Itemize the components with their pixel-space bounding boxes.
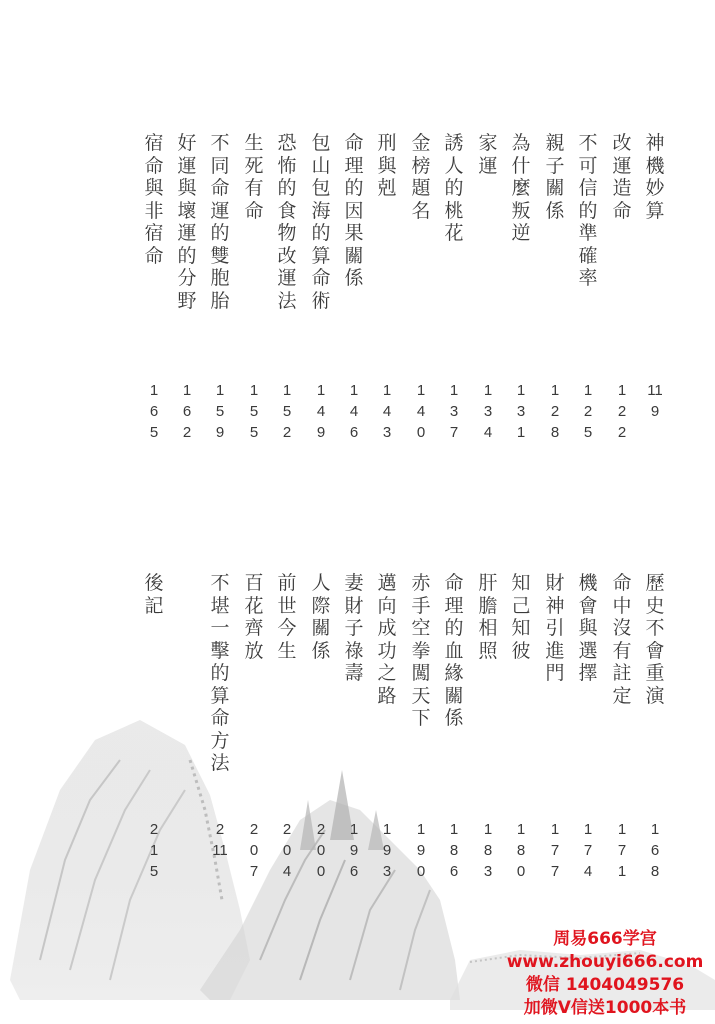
toc-entry-title[interactable]: 知己知彼 [510, 572, 532, 662]
toc-page-number: 143 [379, 380, 395, 443]
toc-page-number: 165 [146, 380, 162, 443]
toc-entry-title[interactable]: 肝膽相照 [477, 572, 499, 662]
watermark-url: www.zhouyi666.com [505, 951, 705, 974]
toc-entry-title[interactable]: 神機妙算 [644, 132, 666, 222]
toc-entry-title[interactable]: 財神引進門 [544, 572, 566, 685]
toc-entry-title[interactable]: 命理的血緣關係 [443, 572, 465, 730]
toc-page-number: 196 [346, 819, 362, 882]
toc-entry-title[interactable]: 家運 [477, 132, 499, 177]
toc-entry-title[interactable]: 邁向成功之路 [376, 572, 398, 707]
toc-page-number: 180 [513, 819, 529, 882]
toc-entry-title[interactable]: 改運造命 [611, 132, 633, 222]
toc-entry-title[interactable]: 機會與選擇 [577, 572, 599, 685]
toc-page-number: 190 [413, 819, 429, 882]
toc-entry-title[interactable]: 命理的因果關係 [343, 132, 365, 290]
toc-entry-title[interactable]: 歷史不會重演 [644, 572, 666, 707]
toc-entry-title[interactable]: 命中沒有註定 [611, 572, 633, 707]
watermark-line: 微信 1404049576 [505, 974, 705, 997]
toc-entry-title[interactable]: 前世今生 [276, 572, 298, 662]
toc-entry-title[interactable]: 親子關係 [544, 132, 566, 222]
toc-page-number: 119 [647, 380, 663, 422]
toc-page-number: 204 [279, 819, 295, 882]
toc-entry-title[interactable]: 人際關係 [310, 572, 332, 662]
toc-entry-title[interactable]: 不可信的準確率 [577, 132, 599, 290]
toc-page-number: 155 [246, 380, 262, 443]
toc-page-number: 131 [513, 380, 529, 443]
toc-page-number: 140 [413, 380, 429, 443]
toc-entry-title[interactable]: 不同命運的雙胞胎 [209, 132, 231, 312]
toc-page-number: 183 [480, 819, 496, 882]
toc-entry-title[interactable]: 赤手空拳闖天下 [410, 572, 432, 730]
toc-page-number: 168 [647, 819, 663, 882]
toc-page-number: 162 [179, 380, 195, 443]
toc-entry-title[interactable]: 恐怖的食物改運法 [276, 132, 298, 312]
toc-entry-title[interactable]: 百花齊放 [243, 572, 265, 662]
toc-entry-title[interactable]: 包山包海的算命術 [310, 132, 332, 312]
toc-page-number: 137 [446, 380, 462, 443]
toc-entry-title[interactable]: 金榜題名 [410, 132, 432, 222]
toc-entry-title[interactable]: 生死有命 [243, 132, 265, 222]
toc-entry-title[interactable]: 誘人的桃花 [443, 132, 465, 245]
toc-page-number: 200 [313, 819, 329, 882]
toc-page-number: 207 [246, 819, 262, 882]
toc-entry-title[interactable]: 為什麼叛逆 [510, 132, 532, 245]
toc-entry-title[interactable]: 妻財子祿壽 [343, 572, 365, 685]
toc-page-number: 174 [580, 819, 596, 882]
toc-page-number: 146 [346, 380, 362, 443]
toc-page-number: 215 [146, 819, 162, 882]
toc-entry-title[interactable]: 刑與剋 [376, 132, 398, 200]
toc-page-number: 128 [547, 380, 563, 443]
toc-entry-title[interactable]: 不堪一擊的算命方法 [209, 572, 231, 775]
toc-entry-title[interactable]: 後記 [143, 572, 165, 617]
toc-page-number: 193 [379, 819, 395, 882]
watermark: 周易666学宫 www.zhouyi666.com 微信 1404049576 … [505, 928, 705, 1020]
toc-entry-title[interactable]: 好運與壞運的分野 [176, 132, 198, 312]
toc-page-number: 159 [212, 380, 228, 443]
watermark-line: 周易666学宫 [505, 928, 705, 951]
toc-page-number: 152 [279, 380, 295, 443]
toc-page-number: 171 [614, 819, 630, 882]
toc-page-number: 186 [446, 819, 462, 882]
toc-entry-title[interactable]: 宿命與非宿命 [143, 132, 165, 267]
toc-page-number: 125 [580, 380, 596, 443]
toc-page-number: 149 [313, 380, 329, 443]
toc-page-number: 177 [547, 819, 563, 882]
toc-page-number: 134 [480, 380, 496, 443]
watermark-line: 加微V信送1000本书 [505, 997, 705, 1020]
toc-page-number: 211 [212, 819, 228, 861]
toc-page-number: 122 [614, 380, 630, 443]
